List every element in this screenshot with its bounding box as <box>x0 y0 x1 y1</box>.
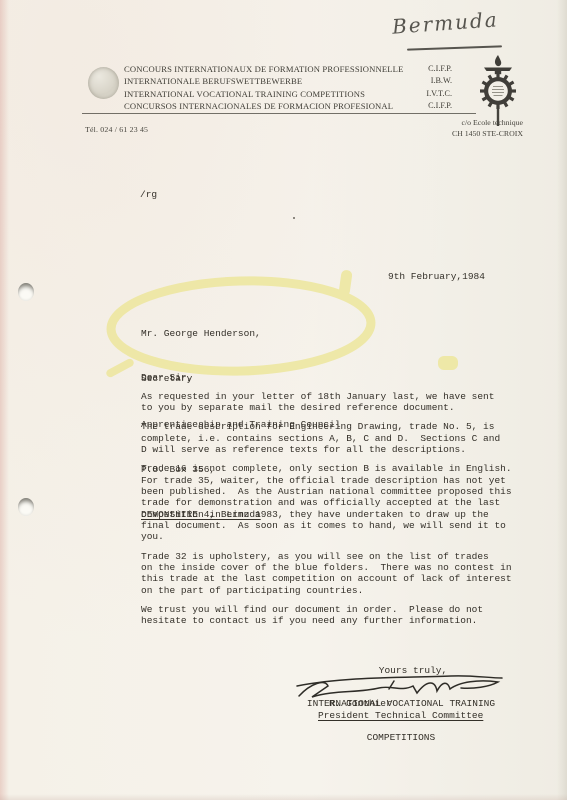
office-address: c/o Ecole technique CH 1450 STE-CROIX <box>388 117 523 139</box>
org-name-line-fr: CONCOURS INTERNATIONAUX DE FORMATION PRO… <box>124 63 403 75</box>
body-paragraph-4: Trade 32 is upholstery, as you will see … <box>141 551 513 596</box>
letterhead-abbreviations: C.I.F.P. I.B.W. I.V.T.C. C.I.F.P. <box>403 63 452 113</box>
body-paragraph-5: We trust you will find our document in o… <box>141 604 513 627</box>
body-paragraph-3: Trade 16 is not complete, only section B… <box>141 463 513 542</box>
letter-date: 9th February,1984 <box>388 271 485 282</box>
scan-edge-bottom <box>0 794 567 800</box>
globe-logo <box>88 67 119 99</box>
abbreviation-cifp-es: C.I.F.P. <box>403 100 452 112</box>
org-name-line-de: INTERNATIONALE BERUFSWETTBEWERBE <box>124 75 403 87</box>
recipient-name: Mr. George Henderson, <box>141 326 341 341</box>
org-name-line-en: INTERNATIONAL VOCATIONAL TRAINING COMPET… <box>124 88 403 100</box>
reference-initials: /rg <box>140 189 157 200</box>
signature-scrawl <box>293 671 508 703</box>
scan-edge-right <box>557 0 567 800</box>
scan-speck <box>293 217 295 219</box>
punch-hole-top <box>18 283 34 301</box>
scan-edge-left <box>0 0 9 800</box>
body-paragraph-1: As requested in your letter of 18th Janu… <box>141 391 513 414</box>
scanned-letter-page: Bermuda CONCOURS INTERNATIONAUX DE FORMA… <box>0 0 567 800</box>
signer-name: R. Gonthier <box>329 698 392 709</box>
city-line: CH 1450 STE-CROIX <box>388 128 523 139</box>
org-name-line-es: CONCURSOS INTERNACIONALES DE FORMACION P… <box>124 100 403 112</box>
letter-body: As requested in your letter of 18th Janu… <box>141 391 513 634</box>
abbreviation-ibw: I.B.W. <box>403 75 452 87</box>
letterhead-divider <box>82 113 476 114</box>
abbreviation-cifp-fr: C.I.F.P. <box>403 63 452 75</box>
body-paragraph-2: The trade description for Engineering Dr… <box>141 421 513 455</box>
care-of-line: c/o Ecole technique <box>388 117 523 128</box>
abbreviation-ivtc: I.V.T.C. <box>403 88 452 100</box>
salutation: Dear Sir, <box>141 372 192 383</box>
annotation-underline <box>407 45 502 50</box>
handwritten-annotation: Bermuda <box>391 7 499 38</box>
closing-org-line-2: COMPETITIONS <box>301 732 501 743</box>
letterhead-org-names: CONCOURS INTERNATIONAUX DE FORMATION PRO… <box>124 63 403 113</box>
signer-title: President Technical Committee <box>318 710 483 721</box>
punch-hole-bottom <box>18 498 34 516</box>
phone-number: Tél. 024 / 61 23 45 <box>85 125 148 134</box>
